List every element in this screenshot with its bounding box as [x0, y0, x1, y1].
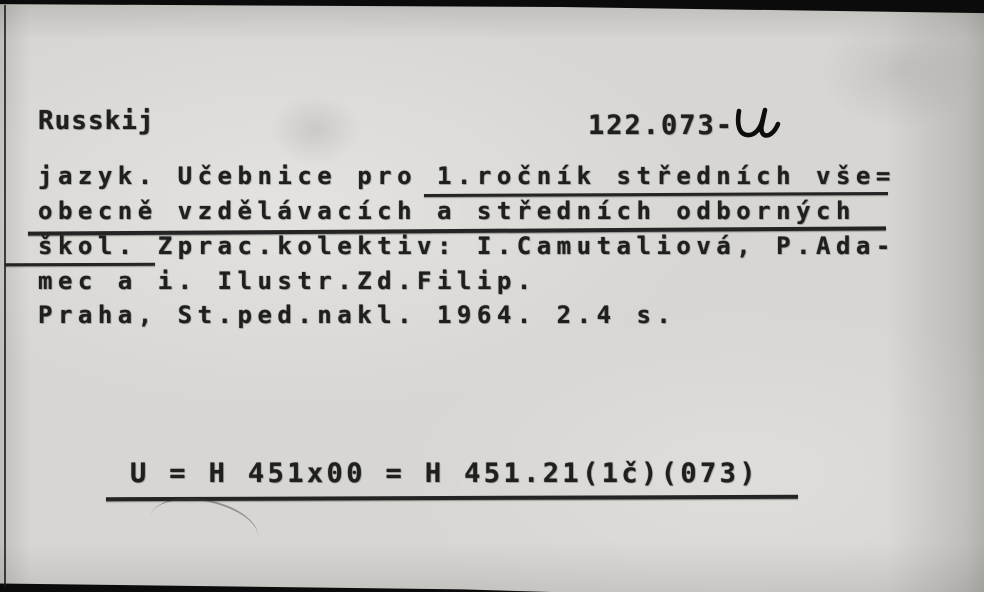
body-line: jazyk. Učebnice pro 1.ročník středních v…	[38, 162, 896, 190]
body-line: obecně vzdělávacích a středních odbornýc…	[38, 197, 856, 225]
call-number: 122.073-	[588, 110, 734, 141]
classification-text: U = H 451x00 = H 451.21(1č)(073)	[130, 458, 759, 489]
scan-edge-top	[0, 0, 984, 16]
catalog-card: Russkij 122.073- jazyk. Učebnice pro 1.r…	[0, 0, 984, 592]
scan-edge-bottom	[0, 579, 984, 592]
body-line: Praha, St.ped.nakl. 1964. 2.4 s.	[38, 301, 676, 329]
card-heading: Russkij	[38, 106, 155, 136]
paper-smudge	[270, 95, 360, 165]
underline-rule-skol	[5, 263, 155, 267]
body-line: škol. Zprac.kolektiv: I.Camutaliová, P.A…	[38, 232, 896, 260]
handwritten-u-annotation	[733, 104, 785, 152]
body-line: mec a i. Ilustr.Zd.Filip.	[38, 267, 537, 295]
scan-edge-left-line	[4, 5, 6, 587]
paper-smudge	[820, 10, 980, 130]
